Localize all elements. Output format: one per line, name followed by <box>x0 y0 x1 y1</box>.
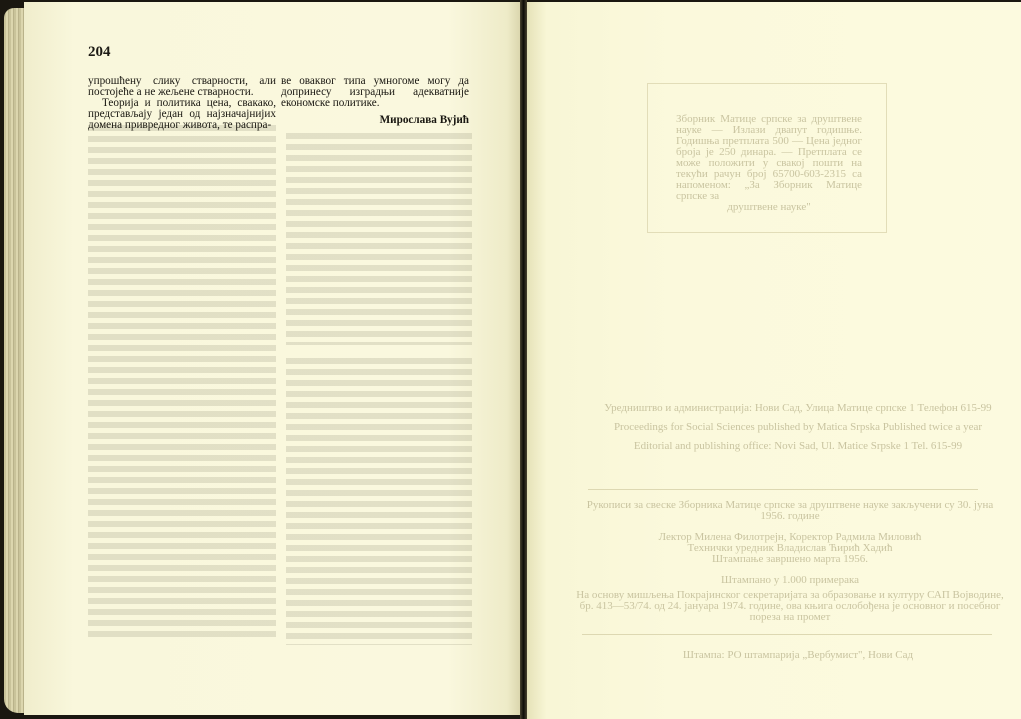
book-gutter <box>520 0 527 719</box>
detail-line: Рукописи за свеске Зборника Матице српск… <box>580 500 1000 522</box>
printer-credit: Штампа: РО штампарија „Вербумист", Нови … <box>598 650 998 661</box>
detail-line: Штампано у 1.000 примерака <box>580 575 1000 586</box>
paragraph: Теорија и политика цена, свакако, предст… <box>88 98 276 131</box>
imprint-line: Proceedings for Social Sciences publishe… <box>598 422 998 433</box>
subscription-body: Зборник Матице српске за друштвене науке… <box>676 113 862 202</box>
subscription-info-box: Зборник Матице српске за друштвене науке… <box>647 83 887 233</box>
subscription-text: Зборник Матице српске за друштвене науке… <box>676 114 862 213</box>
author-signature: Мирослава Вујић <box>281 115 469 126</box>
text-column-left: упрошћену слику стварности, али постојећ… <box>88 76 276 131</box>
legal-note: На основу мишљења Покрајинског секретари… <box>575 590 1005 623</box>
bleed-through-text-right-lower <box>286 355 472 645</box>
imprint-line: Editorial and publishing office: Novi Sa… <box>598 441 998 452</box>
bleed-through-text-left <box>88 122 276 642</box>
paragraph: ве оваквог типа умногоме могу да доприне… <box>281 76 469 109</box>
editorial-imprint: Уредништво и администрација: Нови Сад, У… <box>598 403 998 452</box>
bleed-through-text-right <box>286 130 472 345</box>
imprint-line: Уредништво и администрација: Нови Сад, У… <box>598 403 998 414</box>
text-column-right: ве оваквог типа умногоме могу да доприне… <box>281 76 469 126</box>
subscription-last-line: друштвене науке" <box>676 202 862 213</box>
paragraph: упрошћену слику стварности, али постојећ… <box>88 76 276 98</box>
production-details: Рукописи за свеске Зборника Матице српск… <box>580 500 1000 596</box>
detail-line: Штампање завршено марта 1956. <box>580 554 1000 565</box>
separator-line <box>582 634 992 635</box>
page-number: 204 <box>88 44 111 61</box>
separator-line <box>588 489 978 490</box>
